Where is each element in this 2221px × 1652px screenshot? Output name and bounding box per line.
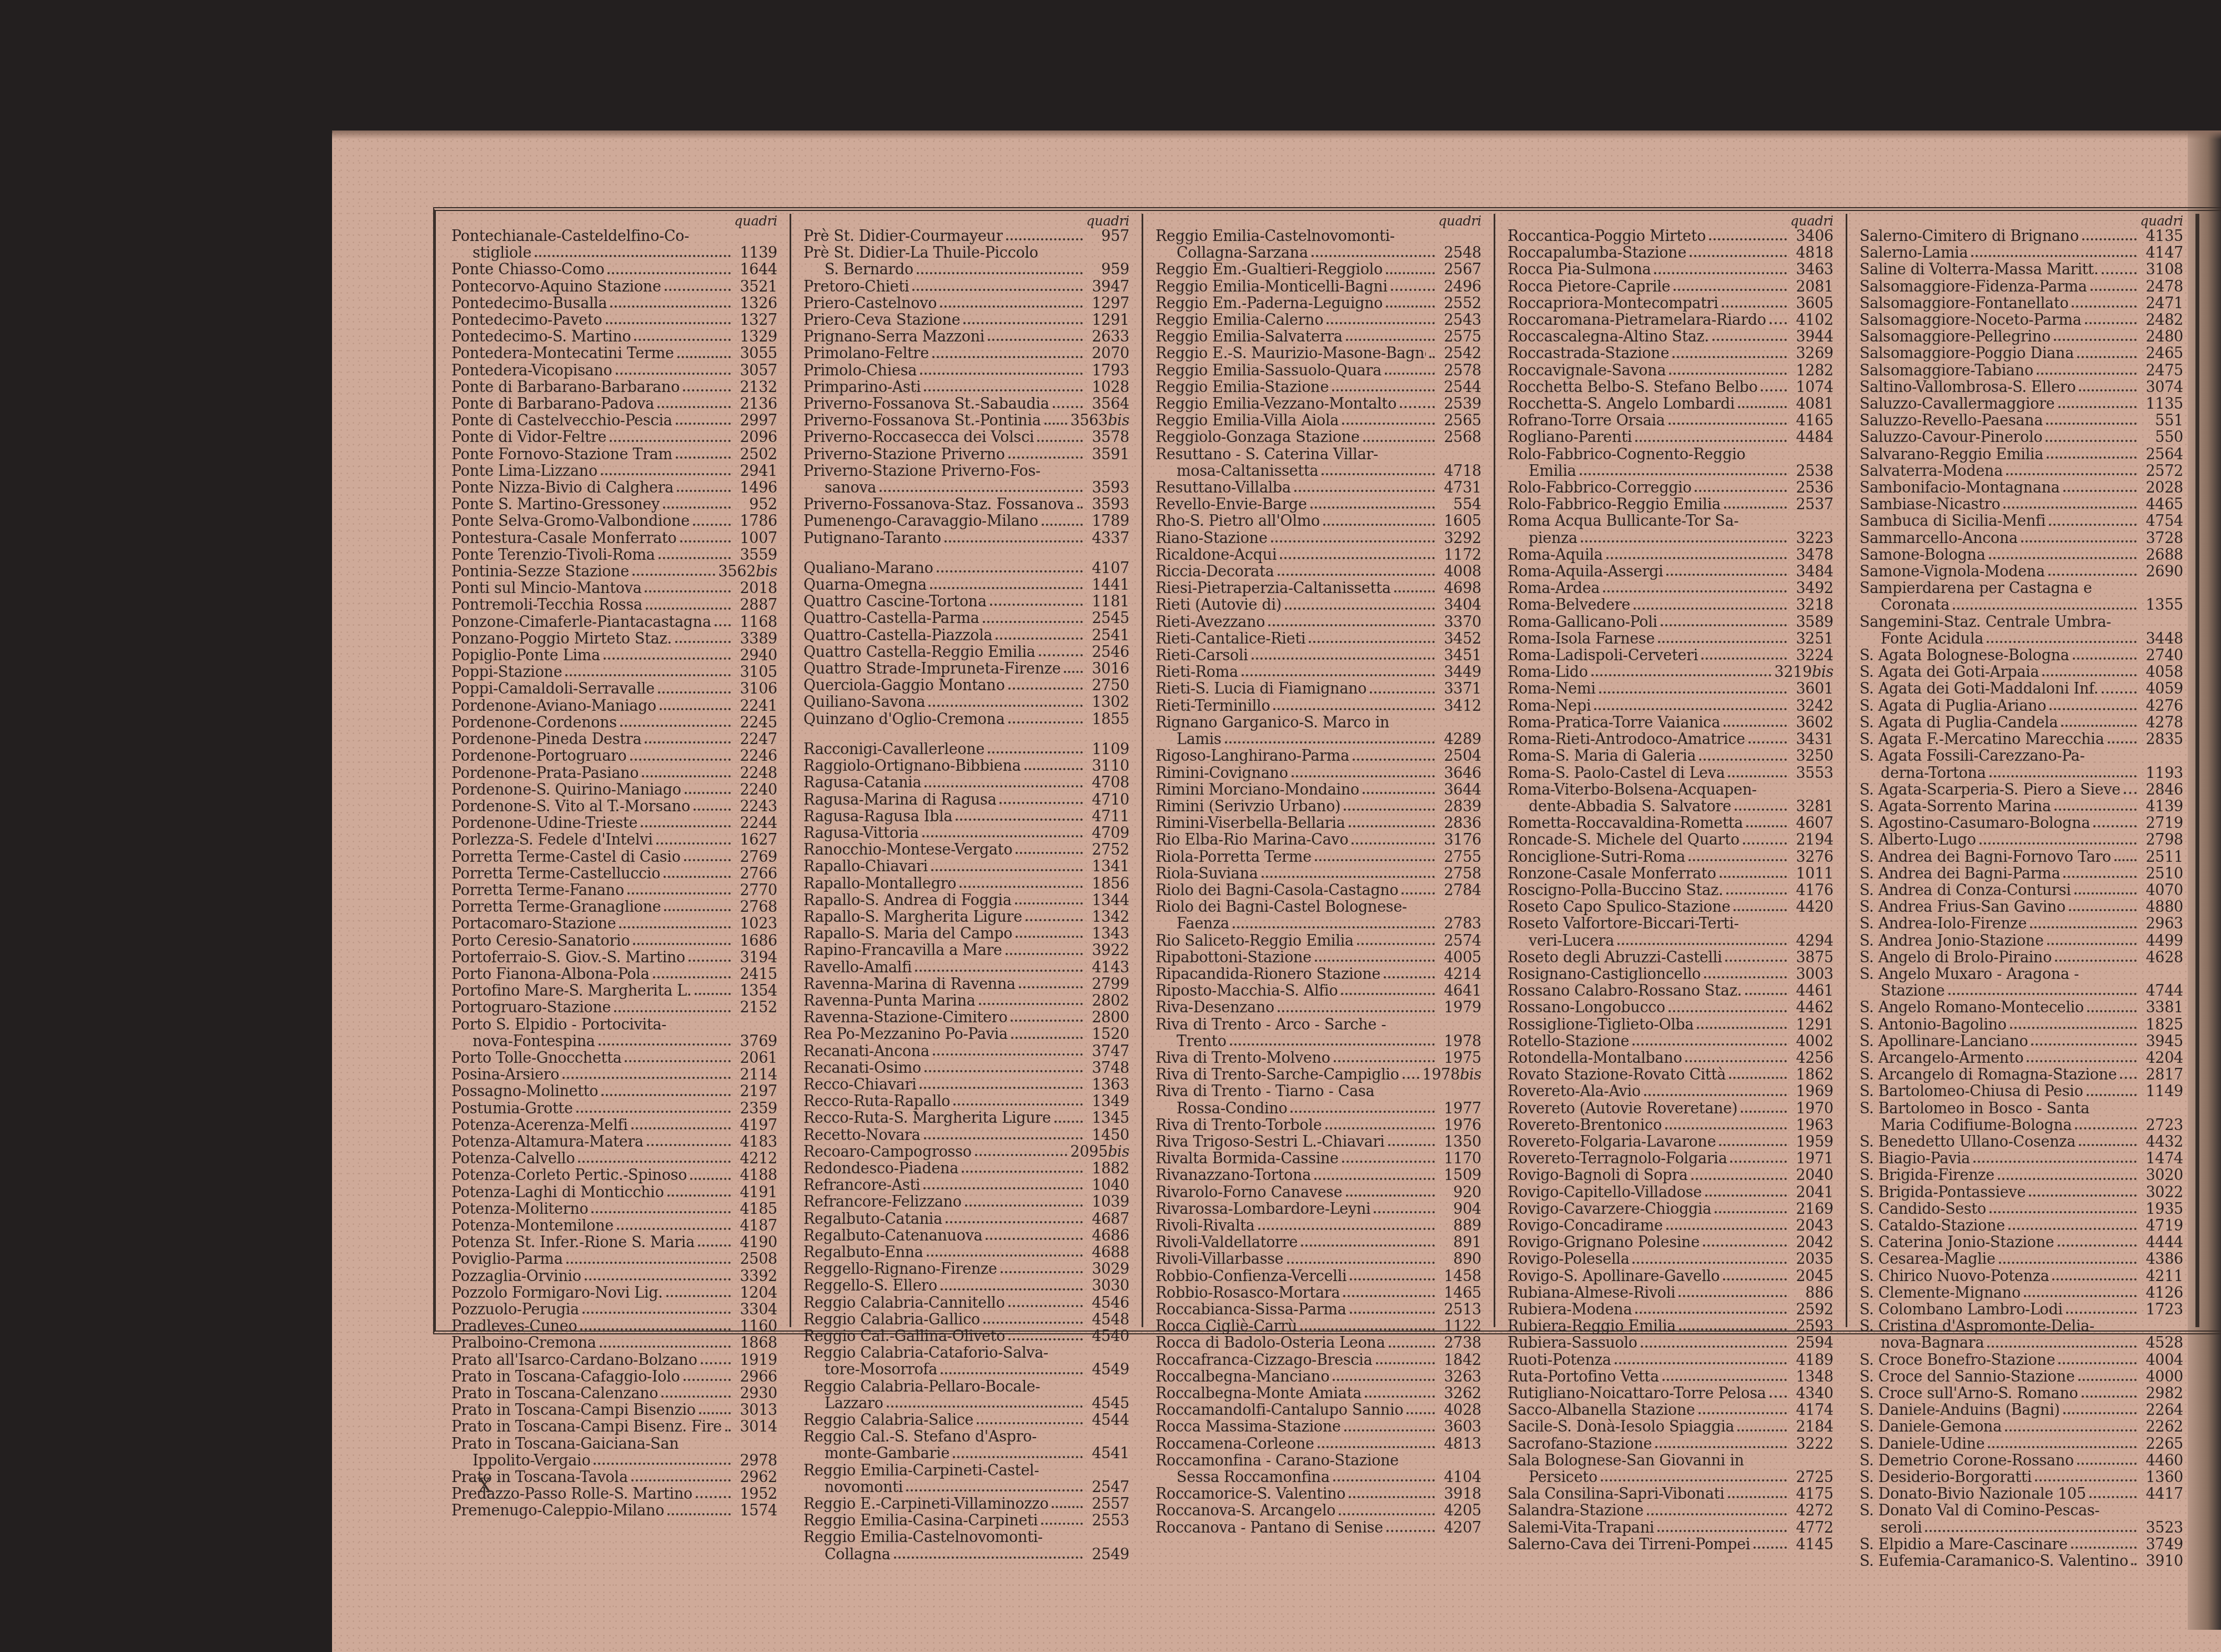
leader-dots	[2072, 305, 2137, 308]
entry-name: Ripacandida-Rionero Stazione	[1155, 966, 1380, 983]
leader-dots	[576, 1111, 731, 1113]
quadri-number: 3250	[1790, 748, 1833, 765]
quadri-number: 2887	[734, 597, 777, 614]
leader-dots	[2063, 876, 2137, 878]
leader-dots	[663, 506, 731, 509]
quadri-number: 1935	[2140, 1201, 2183, 1218]
quadri-value: 2752	[1092, 841, 1129, 858]
index-entry: Reggio Calabria-Cataforio-Salva-tore-Mos…	[803, 1345, 1129, 1378]
quadri-number: 1978bis	[1423, 1067, 1481, 1083]
quadri-value: 2568	[1444, 429, 1481, 446]
index-entry: Quattro Castella-Reggio Emilia2546	[803, 644, 1129, 661]
quadri-value: 554	[1453, 496, 1481, 513]
quadri-number: 3281	[1790, 799, 1833, 815]
index-entry: Ripacandida-Rionero Stazione4214	[1155, 966, 1481, 983]
quadri-number: 4548	[1086, 1312, 1129, 1328]
entry-name: Portofino Mare-S. Margherita L.	[451, 983, 691, 1000]
index-entry: Potenza-Moliterno4185	[451, 1201, 777, 1218]
entry-continuation: Lamis4289	[1155, 731, 1481, 748]
entry-name: Sambonifacio-Montagnana	[1860, 480, 2060, 496]
leader-dots	[677, 490, 731, 492]
entry-name: S. Cataldo-Stazione	[1860, 1218, 2005, 1234]
entry-name: Roccalbegna-Monte Amiata	[1155, 1385, 1361, 1402]
index-entry: Sala Consilina-Sapri-Vibonati4175	[1508, 1486, 1833, 1503]
quadri-value: 1789	[1092, 513, 1129, 530]
leader-dots	[1429, 356, 1435, 358]
quadri-number: 2244	[734, 815, 777, 832]
index-entry: Rosignano-Castiglioncello3003	[1508, 966, 1833, 983]
entry-name-line1: Prato in Toscana-Gaiciana-San	[451, 1436, 777, 1453]
quadri-number: 1520	[1086, 1026, 1129, 1043]
leader-dots	[566, 1262, 731, 1264]
quadri-value: 2690	[2145, 563, 2183, 580]
quadri-value: 3020	[2145, 1167, 2183, 1184]
index-entry: S. Eufemia-Caramanico-S. Valentino3910	[1860, 1553, 2183, 1570]
quadri-value: 3292	[1444, 530, 1481, 547]
index-entry: Riccia-Decorata4008	[1155, 564, 1481, 580]
entry-name: Sacile-S. Donà-Iesolo Spiaggia	[1508, 1419, 1734, 1435]
index-entry: Roccaromana-Pietramelara-Riardo4102	[1508, 312, 1833, 329]
quadri-value: 3055	[740, 345, 777, 362]
quadri-number: 2835	[2140, 731, 2183, 748]
entry-name-line1: Rignano Garganico-S. Marco in	[1155, 715, 1481, 731]
quadri-value: 3222	[1796, 1435, 1833, 1453]
entry-name: Rieti-Carsoli	[1155, 647, 1248, 664]
quadri-number: 3029	[1086, 1261, 1129, 1278]
quadri-value: 3194	[740, 949, 777, 966]
quadri-value: 2557	[1092, 1495, 1129, 1513]
index-entry: Ponte Nizza-Bivio di Calghera1496	[451, 480, 777, 496]
index-entry: Potenza-Altamura-Matera4183	[451, 1134, 777, 1151]
leader-dots	[1349, 825, 1435, 827]
index-entry: Pordenone-Prata-Pasiano2248	[451, 765, 777, 782]
quadri-value: 1977	[1444, 1100, 1481, 1117]
leader-dots	[610, 440, 731, 442]
entry-name: Roccascalegna-Altino Staz.	[1508, 329, 1709, 345]
leader-dots	[725, 1429, 731, 1432]
quadri-value: 4813	[1444, 1435, 1481, 1453]
quadri-number: 1977	[1438, 1101, 1481, 1117]
entry-name-line2: nova-Bagnara	[1881, 1335, 1984, 1352]
index-entry: Posina-Arsiero2114	[451, 1067, 777, 1083]
quadri-value: 4176	[1796, 882, 1833, 899]
quadri-value: 4175	[1796, 1485, 1833, 1503]
quadri-value: 3016	[1092, 660, 1129, 677]
entry-name: Priverno-Fossanova St.-Sabaudia	[803, 396, 1049, 413]
quadri-number: 2539	[1438, 396, 1481, 413]
entry-name: Rutigliano-Noicattaro-Torre Pelosa	[1508, 1385, 1766, 1402]
entry-name: Prato in Toscana-Cafaggio-Iolo	[451, 1369, 680, 1385]
quadri-value: 3449	[1444, 664, 1481, 681]
quadri-value: 1458	[1444, 1268, 1481, 1285]
index-entry: Roma-Isola Farnese3251	[1508, 631, 1833, 647]
quadri-number: 2594	[1790, 1335, 1833, 1352]
quadri-number: 2541	[1086, 627, 1129, 644]
entry-name: Potenza St. Infer.-Rione S. Maria	[451, 1234, 695, 1251]
index-entry: Robbio-Confienza-Vercelli1458	[1155, 1268, 1481, 1285]
leader-dots	[1042, 524, 1083, 526]
entry-name: Reggio Em.-Gualtieri-Reggiolo	[1155, 262, 1383, 278]
entry-continuation: S. Bernardo959	[803, 262, 1129, 278]
quadri-number: 957	[1086, 228, 1129, 245]
quadri-number: 2061	[734, 1050, 777, 1067]
index-entry: Roma-Viterbo-Bolsena-Acquapen-dente-Abba…	[1508, 782, 1833, 815]
index-entry: Sala Bolognese-San Giovanni inPersiceto2…	[1508, 1453, 1833, 1486]
leader-dots	[1386, 272, 1435, 274]
quadri-number: 1959	[1790, 1134, 1833, 1151]
entry-name: Rogliano-Parenti	[1508, 429, 1632, 446]
leader-dots	[2102, 691, 2137, 694]
leader-dots	[1041, 1523, 1083, 1525]
entry-name-line1: Resuttano - S. Caterina Villar-	[1155, 446, 1481, 463]
quadri-value: 4005	[1444, 949, 1481, 966]
quadri-value: 2564	[2145, 446, 2183, 463]
leader-dots	[653, 976, 731, 978]
entry-name: Querciola-Gaggio Montano	[803, 677, 1005, 694]
quadri-value: 2241	[740, 697, 777, 715]
entry-name: Rieti-S. Lucia di Fiamignano	[1155, 681, 1366, 697]
quadri-number: 1363	[1086, 1077, 1129, 1093]
quadri-number: 1856	[1086, 876, 1129, 892]
quadri-value: 2770	[740, 882, 777, 899]
leader-dots	[698, 1244, 731, 1247]
entry-name: Pralboino-Cremona	[451, 1335, 596, 1352]
entry-name: Sacco-Albanella Stazione	[1508, 1402, 1695, 1419]
leader-dots	[1325, 1127, 1435, 1129]
leader-dots	[1374, 1211, 1435, 1213]
quadri-number: 3562bis	[718, 564, 777, 580]
quadri-value: 1135	[2145, 395, 2183, 413]
quadri-value: 3605	[1796, 295, 1833, 312]
quadri-number: 1297	[1086, 295, 1129, 312]
quadri-value: 3644	[1444, 781, 1481, 799]
quadri-number: 2574	[1438, 933, 1481, 950]
quadri-number: 3918	[1438, 1486, 1481, 1503]
quadri-value: 1354	[740, 982, 777, 1000]
index-entry: S. Cesarea-Maglie4386	[1860, 1251, 2183, 1268]
quadri-number: 3404	[1438, 597, 1481, 614]
quadri-value: 4688	[1092, 1244, 1129, 1261]
index-entry: S. Daniele-Anduins (Bagni)2264	[1860, 1402, 2183, 1419]
entry-name: Primolo-Chiesa	[803, 363, 917, 379]
index-entry: Ponte Selva-Gromo-Valbondione1786	[451, 513, 777, 530]
quadri-value: 1327	[740, 312, 777, 329]
quadri-value: 3562	[718, 563, 756, 580]
quadri-number: 1355	[2140, 597, 2183, 614]
quadri-value: 1329	[740, 328, 777, 345]
index-entry: Roccabianca-Sissa-Parma2513	[1155, 1302, 1481, 1318]
entry-name: Pordenone-Udine-Trieste	[451, 815, 637, 832]
leader-dots	[924, 785, 1083, 787]
quadri-number: 2480	[2140, 329, 2183, 345]
entry-name: Roma-Nepi	[1508, 698, 1591, 715]
leader-dots	[2003, 506, 2137, 509]
leader-dots	[1647, 1513, 1787, 1515]
entry-name-line1: S. Cristina d'Aspromonte-Delia-	[1860, 1318, 2183, 1335]
quadri-number: 4641	[1438, 983, 1481, 1000]
quadri-number: 3591	[1086, 446, 1129, 463]
entry-name: Qualiano-Marano	[803, 560, 933, 577]
quadri-value: 4528	[2145, 1334, 2183, 1352]
quadri-value: 2769	[740, 848, 777, 866]
index-entry: Pordenone-S. Vito al T.-Morsano2243	[451, 799, 777, 815]
quadri-value: 1350	[1444, 1133, 1481, 1151]
quadri-number: 2592	[1790, 1302, 1833, 1318]
quadri-number: 2415	[734, 966, 777, 983]
quadri-number: 3392	[734, 1268, 777, 1285]
leader-dots	[1973, 1161, 2137, 1163]
quadri-number: 2549	[1086, 1546, 1129, 1563]
index-entry: Prato in Toscana-Campi Bisenzio3013	[451, 1402, 777, 1419]
entry-name: Portoferraio-S. Giov.-S. Martino	[451, 950, 685, 966]
index-entry: Pordenone-Pineda Destra2247	[451, 731, 777, 748]
index-entry: Ripabottoni-Stazione4005	[1155, 950, 1481, 966]
entry-name: S. Agata dei Goti-Arpaia	[1860, 664, 2039, 681]
leader-dots	[599, 1043, 731, 1046]
leader-dots	[664, 876, 731, 878]
index-entry: Racconigi-Cavallerleone1109	[803, 741, 1129, 758]
index-entry: Poppi-Camaldoli-Serravalle3106	[451, 681, 777, 697]
quadri-number: 3219bis	[1775, 664, 1833, 681]
entry-name-line2: tore-Mosorrofa	[825, 1362, 937, 1378]
quadri-value: 4754	[2145, 513, 2183, 530]
index-entry: Rolo-Fabbrico-Reggio Emilia2537	[1508, 496, 1833, 513]
index-entry: Riva di Trento - Arco - Sarche -Trento19…	[1155, 1017, 1481, 1050]
entry-name: Salandra-Stazione	[1508, 1503, 1644, 1519]
quadri-number: 2184	[1790, 1419, 1833, 1435]
index-entry: Pordenone-S. Quirino-Maniago2240	[451, 782, 777, 799]
leader-dots	[953, 1103, 1083, 1106]
quadri-number: 3223	[1790, 530, 1833, 547]
quadri-value: 2565	[1444, 412, 1481, 429]
quadri-number: 4002	[1790, 1033, 1833, 1050]
leader-dots	[1391, 289, 1435, 291]
entry-name: S. Apollinare-Lanciano	[1860, 1033, 2028, 1050]
quadri-value: 4548	[1092, 1311, 1129, 1328]
quadri-value: 4272	[1796, 1502, 1833, 1519]
leader-dots	[1323, 524, 1435, 526]
leader-dots	[1310, 506, 1435, 509]
entry-name: Reggio Emilia-Salvaterra	[1155, 329, 1343, 345]
quadri-value: 2817	[2145, 1066, 2183, 1083]
leader-dots	[1016, 852, 1083, 854]
quadri-number: 4718	[1438, 463, 1481, 480]
leader-dots	[1770, 322, 1787, 324]
quadri-number: 4731	[1438, 480, 1481, 496]
index-entry: Rivoli-Valdellatorre891	[1155, 1234, 1481, 1251]
quadri-value: 2574	[1444, 932, 1481, 950]
quadri-number: 4197	[734, 1117, 777, 1134]
quadri-value: 3404	[1444, 596, 1481, 614]
entry-name: Quattro Cascine-Tortona	[803, 594, 987, 610]
quadri-value: 1360	[2145, 1469, 2183, 1486]
page-top-shadow	[332, 130, 2221, 139]
leader-dots	[1720, 876, 1787, 878]
entry-name: S. Daniele-Anduins (Bagni)	[1860, 1402, 2060, 1419]
quadri-number: 3748	[1086, 1060, 1129, 1077]
entry-name: Pontedecimo-Paveto	[451, 312, 602, 329]
leader-dots	[1386, 305, 1435, 308]
quadri-number: 4698	[1438, 580, 1481, 597]
index-entry: Potenza-Calvello4212	[451, 1151, 777, 1167]
quadri-number: 3055	[734, 345, 777, 362]
quadri-value: 2262	[2145, 1418, 2183, 1435]
leader-dots	[1011, 1020, 1083, 1022]
quadri-number: 2800	[1086, 1010, 1129, 1026]
index-entry: Rovigo-Grignano Polesine2042	[1508, 1234, 1833, 1251]
entry-name: Refrancore-Felizzano	[803, 1194, 962, 1211]
leader-dots	[1704, 976, 1787, 978]
leader-dots	[1273, 708, 1435, 710]
entry-name: S. Brigida-Pontassieve	[1860, 1184, 2026, 1201]
entry-name: Samone-Bologna	[1860, 547, 1986, 564]
leader-dots	[1278, 574, 1435, 576]
quadri-number: 3484	[1790, 564, 1833, 580]
quadri-number: 2783	[1438, 916, 1481, 932]
leader-dots	[1011, 1037, 1083, 1039]
leader-dots	[614, 1010, 731, 1012]
quadri-number: 2799	[1086, 976, 1129, 993]
quadri-value: 4004	[2145, 1352, 2183, 1369]
entry-name: Potenza-Laghi di Monticchio	[451, 1184, 664, 1201]
quadri-value: 4190	[740, 1234, 777, 1251]
entry-name: Refrancore-Asti	[803, 1177, 920, 1194]
quadri-number: 4708	[1086, 775, 1129, 791]
leader-dots	[2108, 741, 2137, 744]
index-entry: Rocca di Badolo-Osteria Leona2738	[1155, 1335, 1481, 1352]
entry-name: S. Caterina Jonio-Stazione	[1860, 1234, 2054, 1251]
quadri-number: 4183	[734, 1134, 777, 1151]
leader-dots	[923, 1187, 1083, 1189]
entry-name: S. Daniele-Udine	[1860, 1436, 1984, 1453]
index-entry: Roccamonfina - Carano-StazioneSessa Rocc…	[1155, 1453, 1481, 1486]
quadri-value: 2246	[740, 747, 777, 765]
leader-dots	[946, 1221, 1083, 1223]
index-entry: Pozzolo Formigaro-Novi Lig.1204	[451, 1285, 777, 1302]
quadri-number: 1509	[1438, 1167, 1481, 1184]
index-entry: Raggiolo-Ortignano-Bibbiena3110	[803, 758, 1129, 775]
leader-dots	[1342, 423, 1435, 425]
entry-name: S. Daniele-Gemona	[1860, 1419, 2002, 1435]
entry-name: Reggio Emilia-Monticelli-Bagni	[1155, 279, 1388, 295]
quadri-number: 2537	[1790, 496, 1833, 513]
index-entry: Rometta-Roccavaldina-Rometta4607	[1508, 815, 1833, 832]
quadri-value: 2966	[740, 1368, 777, 1385]
quadri-number: 2978	[734, 1453, 777, 1469]
entry-continuation: Emilia2538	[1508, 463, 1833, 480]
quadri-value: 3448	[2145, 630, 2183, 647]
quadri-value: 2482	[2145, 312, 2183, 329]
index-entry: Ruta-Portofino Vetta1348	[1508, 1369, 1833, 1385]
quadri-value: 4499	[2145, 932, 2183, 950]
index-entry: Reggio Emilia-Casina-Carpineti2553	[803, 1513, 1129, 1529]
leader-dots	[1351, 842, 1435, 845]
index-entry: Reggio Emilia-Castelnovomonti-Collagna-S…	[1155, 228, 1481, 262]
quadri-number: 2740	[2140, 647, 2183, 664]
index-entry: S. Daniele-Gemona2262	[1860, 1419, 2183, 1435]
quadri-value: 4147	[2145, 244, 2183, 262]
quadri-number: 4813	[1438, 1436, 1481, 1453]
quadri-number: 1109	[1086, 741, 1129, 758]
leader-dots	[1709, 238, 1787, 240]
leader-dots	[1044, 423, 1067, 425]
entry-name: Prato all'Isarco-Cardano-Bolzano	[451, 1352, 697, 1369]
quadri-number: 2817	[2140, 1067, 2183, 1083]
entry-name: Reggio Emilia-Sassuolo-Quara	[1155, 363, 1381, 379]
quadri-number: 2575	[1438, 329, 1481, 345]
quadri-number: 2725	[1790, 1469, 1833, 1486]
entry-name: Riolo dei Bagni-Casola-Castagno	[1155, 882, 1398, 899]
quadri-number: 3605	[1790, 295, 1833, 312]
entry-name: Priero-Castelnovo	[803, 295, 937, 312]
quadri-number: 2035	[1790, 1251, 1833, 1268]
quadri-number: 4204	[2140, 1050, 2183, 1067]
index-entry: Ponte di Barbarano-Padova2136	[451, 396, 777, 413]
entry-name: Rovereto (Autovie Roveretane)	[1508, 1101, 1737, 1117]
leader-dots	[2031, 1043, 2137, 1046]
entry-continuation: Persiceto2725	[1508, 1469, 1833, 1486]
quadri-number: 1458	[1438, 1268, 1481, 1285]
leader-dots	[963, 322, 1083, 324]
quadri-number: 3945	[2140, 1033, 2183, 1050]
leader-dots	[1998, 1178, 2137, 1180]
entry-continuation: seroli3523	[1860, 1520, 2183, 1536]
quadri-value: 4002	[1796, 1033, 1833, 1050]
leader-dots	[1294, 490, 1435, 492]
quadri-value: 4126	[2145, 1284, 2183, 1302]
leader-dots	[1948, 993, 2137, 995]
quadri-number: 1842	[1438, 1352, 1481, 1369]
quadri-number: 4190	[734, 1234, 777, 1251]
entry-continuation: sanova3593	[803, 480, 1129, 496]
quadri-value: 2096	[740, 429, 777, 446]
quadri-value: 2688	[2145, 546, 2183, 564]
leader-dots	[1770, 1395, 1787, 1398]
index-entry: Roseto Capo Spulico-Stazione4420	[1508, 899, 1833, 916]
entry-name: Pontedecimo-S. Martino	[451, 329, 631, 345]
quadri-number: 3057	[734, 363, 777, 379]
leader-dots	[1343, 1295, 1435, 1297]
leader-dots	[2078, 1379, 2137, 1381]
index-entry: Recco-Chiavari1363	[803, 1077, 1129, 1093]
entry-name: Riola-Suviana	[1155, 866, 1258, 882]
leader-dots	[1654, 272, 1787, 274]
leader-dots	[677, 356, 731, 358]
quadri-number: 2508	[734, 1251, 777, 1268]
index-entry: Rolo-Fabbrico-Correggio2536	[1508, 480, 1833, 496]
quadri-value: 2548	[1444, 244, 1481, 262]
entry-name: Pontedera-Montecatini Terme	[451, 345, 674, 362]
entry-name: Rocca Massima-Stazione	[1155, 1419, 1341, 1435]
quadri-number: 3449	[1438, 664, 1481, 681]
quadri-value: 4102	[1796, 312, 1833, 329]
quadri-number: 3106	[734, 681, 777, 697]
quadri-number: 3003	[1790, 966, 1833, 983]
quadri-number: 2768	[734, 899, 777, 916]
letter-section-gap	[803, 728, 1129, 741]
leader-dots	[1314, 1178, 1435, 1180]
quadri-number: 2963	[2140, 916, 2183, 932]
leader-dots	[1735, 809, 1787, 811]
quadri-number: 1327	[734, 312, 777, 329]
leader-dots	[664, 909, 731, 911]
index-entry: S. Elpidio a Mare-Cascinare3749	[1860, 1536, 2183, 1553]
entry-name: Salsomaggiore-Fontanellato	[1860, 295, 2068, 312]
quadri-number: 4462	[1790, 1000, 1833, 1016]
quadri-value: 890	[1453, 1251, 1481, 1268]
quadri-number: 4687	[1086, 1211, 1129, 1228]
leader-dots	[2054, 809, 2137, 811]
